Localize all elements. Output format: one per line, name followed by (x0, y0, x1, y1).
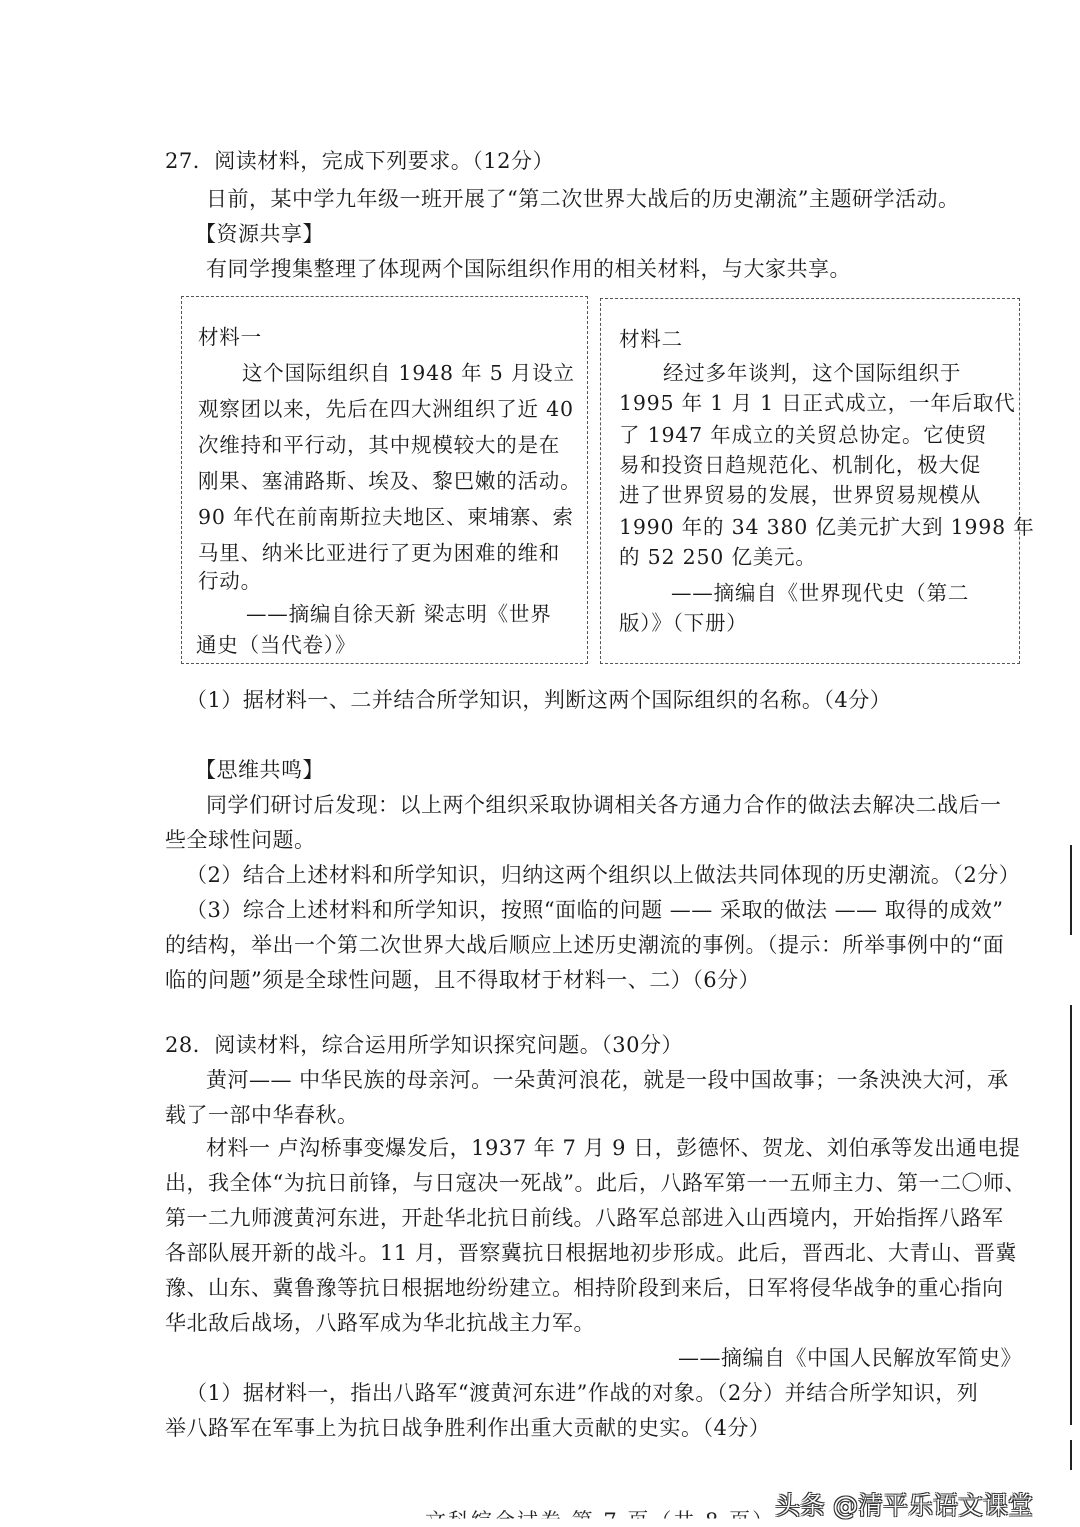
material-1-line: 观察团以来，先后在四大洲组织了近 40 (198, 391, 574, 428)
q28-material-1-line: 出，我全体“为抗日前锋，与日寇决一死战”。此后，八路军第一一五师主力、第一二〇师… (165, 1168, 1026, 1198)
q27-intro: 日前，某中学九年级一班开展了“第二次世界大战后的历史潮流”主题研学活动。 (206, 184, 959, 214)
material-2-line: 的 52 250 亿美元。 (619, 539, 817, 576)
material-1-line: 行动。 (198, 563, 262, 600)
q28-material-1-line: 材料一 卢沟桥事变爆发后，1937 年 7 月 9 日，彭德怀、贺龙、刘伯承等发… (206, 1133, 1020, 1163)
q27-subquestion-2: （2）结合上述材料和所学知识，归纳这两个组织以上做法共同体现的历史潮流。（2分） (186, 860, 1020, 890)
q28-material-1-line: 第一二九师渡黄河东进，开赴华北抗日前线。八路军总部进入山西境内，开始指挥八路军 (165, 1203, 1004, 1233)
q28-material-1-source: ——摘编自《中国人民解放军简史》 (678, 1343, 1022, 1373)
q27-subquestion-3: 的结构，举出一个第二次世界大战后顺应上述历史潮流的事例。（提示：所举事例中的“面 (165, 930, 1004, 960)
q27-subquestion-3: 临的问题”须是全球性问题，且不得取材于材料一、二）（6分） (165, 965, 760, 995)
q27-section-resource-share: 【资源共享】 (195, 219, 324, 249)
q28-material-1-line: 各部队展开新的战斗。11 月，晋察冀抗日根据地初步形成。此后，晋西北、大青山、晋… (165, 1238, 1017, 1268)
scan-edge-line (1070, 845, 1072, 935)
page-footer: 文科综合试卷 第 7 页（共 8 页） (425, 1505, 775, 1527)
scan-edge-line (1070, 1440, 1072, 1470)
q27-section-thinking-text: 同学们研讨后发现：以上两个组织采取协调相关各方通力合作的做法去解决二战后一 (206, 790, 1002, 820)
q28-title: 28．阅读材料，综合运用所学知识探究问题。（30分） (165, 1030, 683, 1060)
q28-material-1-line: 华北敌后战场，八路军成为华北抗战主力军。 (165, 1308, 595, 1338)
watermark: 头条 @清平乐语文课堂 (775, 1486, 1033, 1522)
material-2-label: 材料二 (619, 321, 683, 358)
q27-subquestion-1: （1）据材料一、二并结合所学知识，判断这两个国际组织的名称。（4分） (186, 685, 891, 715)
q28-material-1-line: 豫、山东、冀鲁豫等抗日根据地纷纷建立。相持阶段到来后，日军将侵华战争的重心指向 (165, 1273, 1004, 1303)
material-2-box: 材料二 经过多年谈判，这个国际组织于 1995 年 1 月 1 日正式成立，一年… (600, 298, 1020, 664)
material-1-line: 刚果、塞浦路斯、埃及、黎巴嫩的活动。 (198, 463, 581, 500)
material-1-box: 材料一 这个国际组织自 1948 年 5 月设立 观察团以来，先后在四大洲组织了… (181, 296, 588, 664)
q28-subquestion-1: 举八路军在军事上为抗日战争胜利作出重大贡献的史实。（4分） (165, 1413, 770, 1443)
material-1-line: 次维持和平行动，其中规模较大的是在 (198, 427, 560, 464)
q27-title: 27．阅读材料，完成下列要求。（12分） (165, 146, 554, 176)
q28-intro: 载了一部中华春秋。 (165, 1100, 359, 1130)
material-1-line: 90 年代在前南斯拉夫地区、柬埔寨、索 (198, 499, 574, 536)
q27-section-thinking: 【思维共鸣】 (195, 755, 324, 785)
q28-subquestion-1: （1）据材料一，指出八路军“渡黄河东进”作战的对象。（2分）并结合所学知识，列 (186, 1378, 978, 1408)
material-1-label: 材料一 (198, 319, 262, 356)
material-1-line: 这个国际组织自 1948 年 5 月设立 (242, 355, 575, 392)
q27-section-resource-text: 有同学搜集整理了体现两个国际组织作用的相关材料，与大家共享。 (206, 254, 851, 284)
material-1-source: 通史（当代卷）》 (196, 627, 356, 664)
q28-intro: 黄河—— 中华民族的母亲河。一朵黄河浪花，就是一段中国故事；一条泱泱大河，承 (206, 1065, 1009, 1095)
scan-edge-line (1070, 1005, 1072, 1425)
q27-section-thinking-text: 些全球性问题。 (165, 825, 316, 855)
q27-subquestion-3: （3）综合上述材料和所学知识，按照“面临的问题 —— 采取的做法 —— 取得的成… (186, 895, 1004, 925)
material-2-source: 版）》（下册） (619, 605, 748, 642)
